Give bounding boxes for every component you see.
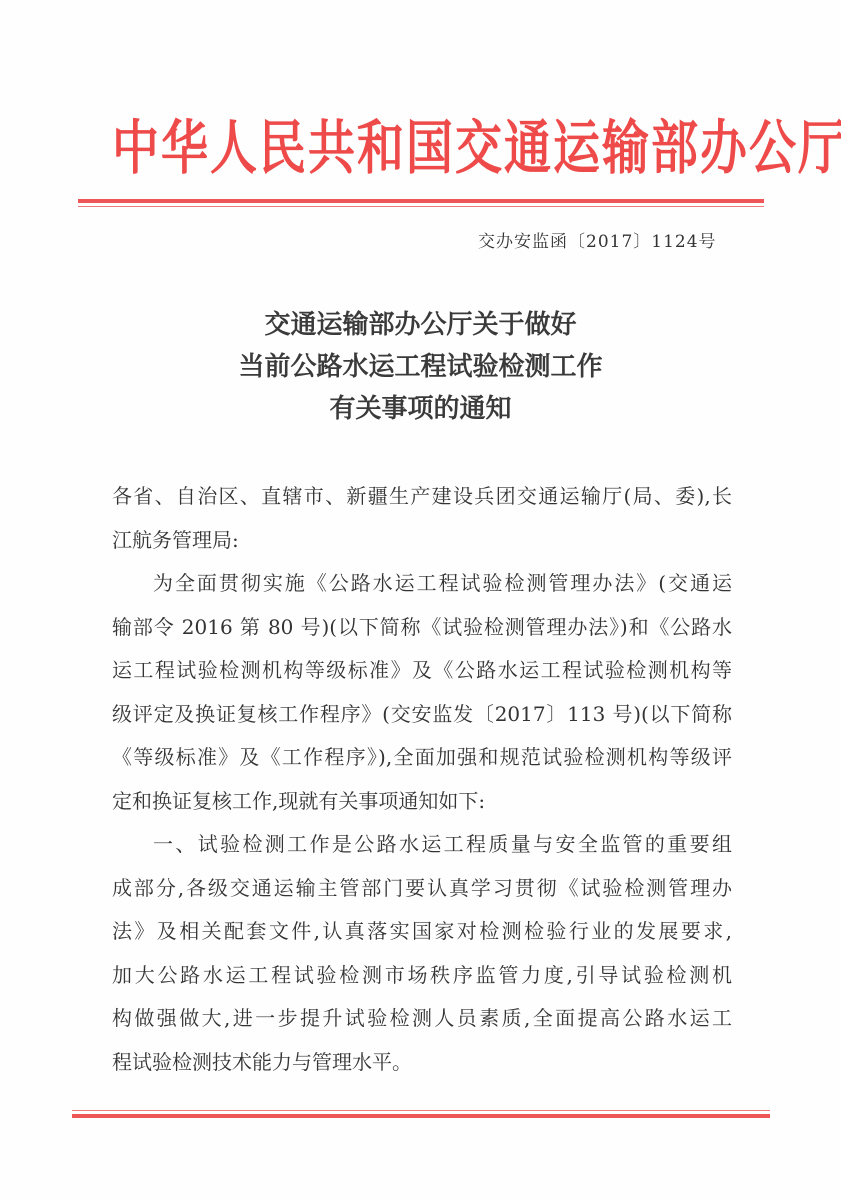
addressee-line: 江航务管理局:: [112, 519, 732, 563]
paragraph-line: 为全面贯彻实施《公路水运工程试验检测管理办法》(交通运: [112, 562, 732, 606]
paragraph-line: 构做强做大,进一步提升试验检测人员素质,全面提高公路水运工: [112, 997, 732, 1041]
title-line: 有关事项的通知: [0, 388, 841, 430]
issuer-header: 中华人民共和国交通运输部办公厅: [112, 118, 732, 181]
paragraph-line: 定和换证复核工作,现就有关事项通知如下:: [112, 780, 732, 824]
title-line: 交通运输部办公厅关于做好: [0, 304, 841, 346]
document-number: 交办安监函〔2017〕1124号: [478, 227, 717, 252]
header-rule-thin: [78, 206, 764, 207]
document-page: 中华人民共和国交通运输部办公厅 交办安监函〔2017〕1124号 交通运输部办公…: [0, 0, 841, 1200]
paragraph-line: 级评定及换证复核工作程序》(交安监发〔2017〕113 号)(以下简称: [112, 693, 732, 737]
document-title: 交通运输部办公厅关于做好 当前公路水运工程试验检测工作 有关事项的通知: [0, 304, 841, 430]
document-body: 各省、自治区、直辖市、新疆生产建设兵团交通运输厅(局、委),长 江航务管理局: …: [112, 475, 732, 1084]
paragraph-line: 运工程试验检测机构等级标准》及《公路水运工程试验检测机构等: [112, 649, 732, 693]
header-rule-thick: [78, 199, 764, 203]
footer-rule-thin: [72, 1110, 770, 1111]
addressee-line: 各省、自治区、直辖市、新疆生产建设兵团交通运输厅(局、委),长: [112, 475, 732, 519]
paragraph-line: 输部令 2016 第 80 号)(以下简称《试验检测管理办法》)和《公路水: [112, 606, 732, 650]
title-line: 当前公路水运工程试验检测工作: [0, 346, 841, 388]
paragraph-line: 程试验检测技术能力与管理水平。: [112, 1041, 732, 1085]
paragraph-line: 一、试验检测工作是公路水运工程质量与安全监管的重要组: [112, 823, 732, 867]
paragraph-line: 法》及相关配套文件,认真落实国家对检测检验行业的发展要求,: [112, 910, 732, 954]
paragraph-line: 《等级标准》及《工作程序》),全面加强和规范试验检测机构等级评: [112, 736, 732, 780]
footer-rule-thick: [72, 1114, 770, 1118]
paragraph-line: 成部分,各级交通运输主管部门要认真学习贯彻《试验检测管理办: [112, 867, 732, 911]
paragraph-line: 加大公路水运工程试验检测市场秩序监管力度,引导试验检测机: [112, 954, 732, 998]
